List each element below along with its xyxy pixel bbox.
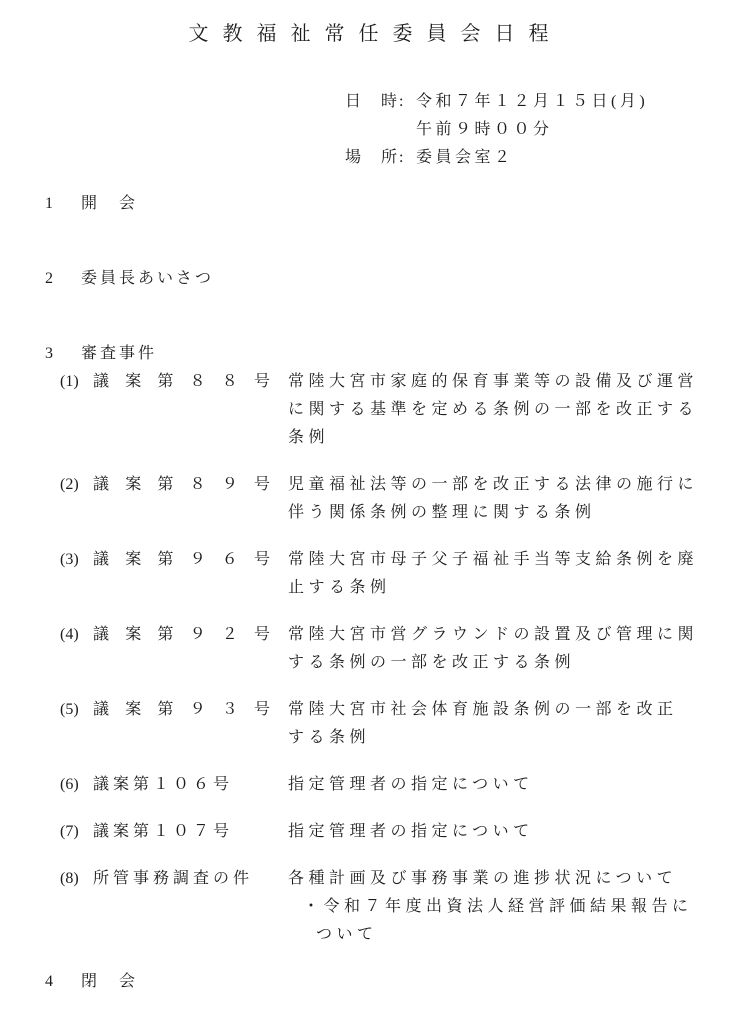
agenda-item: 4閉 会 — [45, 968, 737, 996]
agenda-item-title: 閉 会 — [81, 973, 138, 990]
agenda-list: 1開 会2委員長あいさつ3審査事件(1)議案第８８号常陸大宮市家庭的保育事業等の… — [0, 190, 737, 996]
agenda-item-number: 1 — [45, 190, 81, 218]
agenda-item-row: 4閉 会 — [45, 968, 737, 996]
agenda-item-row: 1開 会 — [45, 190, 737, 218]
case-number: (6) — [60, 771, 93, 799]
case-description: 常陸大宮市営グラウンドの設置及び管理に関する条例の一部を改正する条例 — [288, 621, 698, 677]
meta-value: 令和７年１２月１５日(月) — [416, 93, 648, 110]
case-list: (1)議案第８８号常陸大宮市家庭的保育事業等の設備及び運営に関する基準を定める条… — [60, 368, 737, 949]
case-description: 常陸大宮市家庭的保育事業等の設備及び運営に関する基準を定める条例の一部を改正する… — [288, 368, 698, 452]
case-label: 議案第８９号 — [93, 471, 280, 499]
description-line: する条例の一部を改正する条例 — [288, 649, 698, 677]
agenda-item: 2委員長あいさつ — [45, 265, 737, 293]
case-number: (5) — [60, 696, 93, 724]
description-line: に関する基準を定める条例の一部を改正する — [288, 396, 698, 424]
meta-line: 日 時:令和７年１２月１５日(月) — [345, 88, 737, 116]
meta-line: 場 所:委員会室２ — [345, 144, 737, 172]
description-line: 指定管理者の指定について — [288, 771, 534, 799]
description-line: ついて — [288, 921, 693, 949]
agenda-item-row: 3審査事件 — [45, 340, 737, 368]
agenda-item: 1開 会 — [45, 190, 737, 218]
agenda-item-title: 開 会 — [81, 195, 138, 212]
agenda-item-row: 2委員長あいさつ — [45, 265, 737, 293]
description-line: 伴う関係条例の整理に関する条例 — [288, 499, 698, 527]
case-label: 議案第８８号 — [93, 368, 280, 396]
case-label: 議案第１０６号 — [93, 771, 280, 799]
description-line: ・令和７年度出資法人経営評価結果報告に — [288, 893, 693, 921]
description-line: 条例 — [288, 424, 698, 452]
document-title: 文教福祉常任委員会日程 — [0, 20, 737, 48]
case-description: 指定管理者の指定について — [288, 818, 534, 846]
meta-label: 場 所: — [345, 144, 416, 172]
agenda-item-number: 4 — [45, 968, 81, 996]
description-line: 常陸大宮市母子父子福祉手当等支給条例を廃 — [288, 546, 698, 574]
case-row: (8)所管事務調査の件各種計画及び事務事業の進捗状況について・令和７年度出資法人… — [60, 865, 737, 949]
description-line: 常陸大宮市家庭的保育事業等の設備及び運営 — [288, 368, 698, 396]
case-row: (1)議案第８８号常陸大宮市家庭的保育事業等の設備及び運営に関する基準を定める条… — [60, 368, 737, 452]
case-row: (6)議案第１０６号指定管理者の指定について — [60, 771, 737, 799]
meta-label: 日 時: — [345, 88, 416, 116]
case-description: 常陸大宮市社会体育施設条例の一部を改正する条例 — [288, 696, 678, 752]
agenda-item-title: 委員長あいさつ — [81, 270, 214, 287]
description-line: 各種計画及び事務事業の進捗状況について — [288, 865, 693, 893]
case-number: (2) — [60, 471, 93, 499]
meta-line: 午前９時００分 — [345, 116, 737, 144]
case-description: 常陸大宮市母子父子福祉手当等支給条例を廃止する条例 — [288, 546, 698, 602]
meta-value: 委員会室２ — [416, 149, 514, 166]
description-line: 常陸大宮市社会体育施設条例の一部を改正 — [288, 696, 678, 724]
meta-value: 午前９時００分 — [416, 121, 553, 138]
case-label: 議案第１０７号 — [93, 818, 280, 846]
case-description: 指定管理者の指定について — [288, 771, 534, 799]
case-number: (4) — [60, 621, 93, 649]
description-line: 止する条例 — [288, 574, 698, 602]
case-number: (3) — [60, 546, 93, 574]
description-line: 指定管理者の指定について — [288, 818, 534, 846]
meta-block: 日 時:令和７年１２月１５日(月)午前９時００分場 所:委員会室２ — [345, 88, 737, 172]
description-line: する条例 — [288, 724, 678, 752]
case-label: 議案第９３号 — [93, 696, 280, 724]
description-line: 常陸大宮市営グラウンドの設置及び管理に関 — [288, 621, 698, 649]
agenda-item: 3審査事件(1)議案第８８号常陸大宮市家庭的保育事業等の設備及び運営に関する基準… — [45, 340, 737, 949]
case-number: (7) — [60, 818, 93, 846]
case-label: 所管事務調査の件 — [93, 865, 280, 893]
case-label: 議案第９２号 — [93, 621, 280, 649]
case-row: (2)議案第８９号児童福祉法等の一部を改正する法律の施行に伴う関係条例の整理に関… — [60, 471, 737, 527]
description-line: 児童福祉法等の一部を改正する法律の施行に — [288, 471, 698, 499]
case-row: (7)議案第１０７号指定管理者の指定について — [60, 818, 737, 846]
case-description: 児童福祉法等の一部を改正する法律の施行に伴う関係条例の整理に関する条例 — [288, 471, 698, 527]
document-page: 文教福祉常任委員会日程 日 時:令和７年１２月１５日(月)午前９時００分場 所:… — [0, 0, 737, 1024]
case-row: (3)議案第９６号常陸大宮市母子父子福祉手当等支給条例を廃止する条例 — [60, 546, 737, 602]
case-number: (8) — [60, 865, 93, 893]
case-number: (1) — [60, 368, 93, 396]
case-row: (4)議案第９２号常陸大宮市営グラウンドの設置及び管理に関する条例の一部を改正す… — [60, 621, 737, 677]
case-row: (5)議案第９３号常陸大宮市社会体育施設条例の一部を改正する条例 — [60, 696, 737, 752]
case-description: 各種計画及び事務事業の進捗状況について・令和７年度出資法人経営評価結果報告につい… — [288, 865, 693, 949]
case-label: 議案第９６号 — [93, 546, 280, 574]
agenda-item-title: 審査事件 — [81, 345, 157, 362]
agenda-item-number: 3 — [45, 340, 81, 368]
agenda-item-number: 2 — [45, 265, 81, 293]
